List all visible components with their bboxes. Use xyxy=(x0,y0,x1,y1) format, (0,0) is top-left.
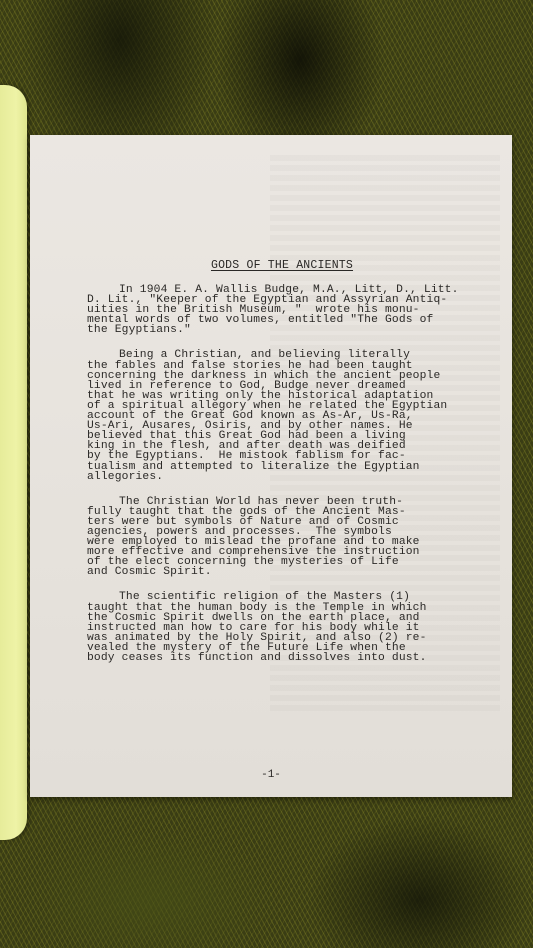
text-line: the Egyptians." xyxy=(87,325,507,335)
page-title: GODS OF THE ANCIENTS xyxy=(30,259,512,272)
document-page: GODS OF THE ANCIENTS In 1904 E. A. Walli… xyxy=(30,135,512,797)
page-number: -1- xyxy=(30,769,512,781)
text-line: body ceases its function and dissolves i… xyxy=(87,653,507,663)
text-line: by the Egyptians. He mistook fablism for… xyxy=(87,451,507,461)
paragraph: In 1904 E. A. Wallis Budge, M.A., Litt, … xyxy=(87,285,507,335)
paragraph: The Christian World has never been truth… xyxy=(87,497,507,578)
text-line: allegories. xyxy=(87,472,507,482)
text-line: and Cosmic Spirit. xyxy=(87,567,507,577)
document-body: In 1904 E. A. Wallis Budge, M.A., Litt, … xyxy=(87,285,507,678)
yellow-cover-sheet xyxy=(0,85,27,840)
paragraph: The scientific religion of the Masters (… xyxy=(87,592,507,663)
paragraph: Being a Christian, and believing literal… xyxy=(87,350,507,481)
page-title-text: GODS OF THE ANCIENTS xyxy=(211,259,353,272)
